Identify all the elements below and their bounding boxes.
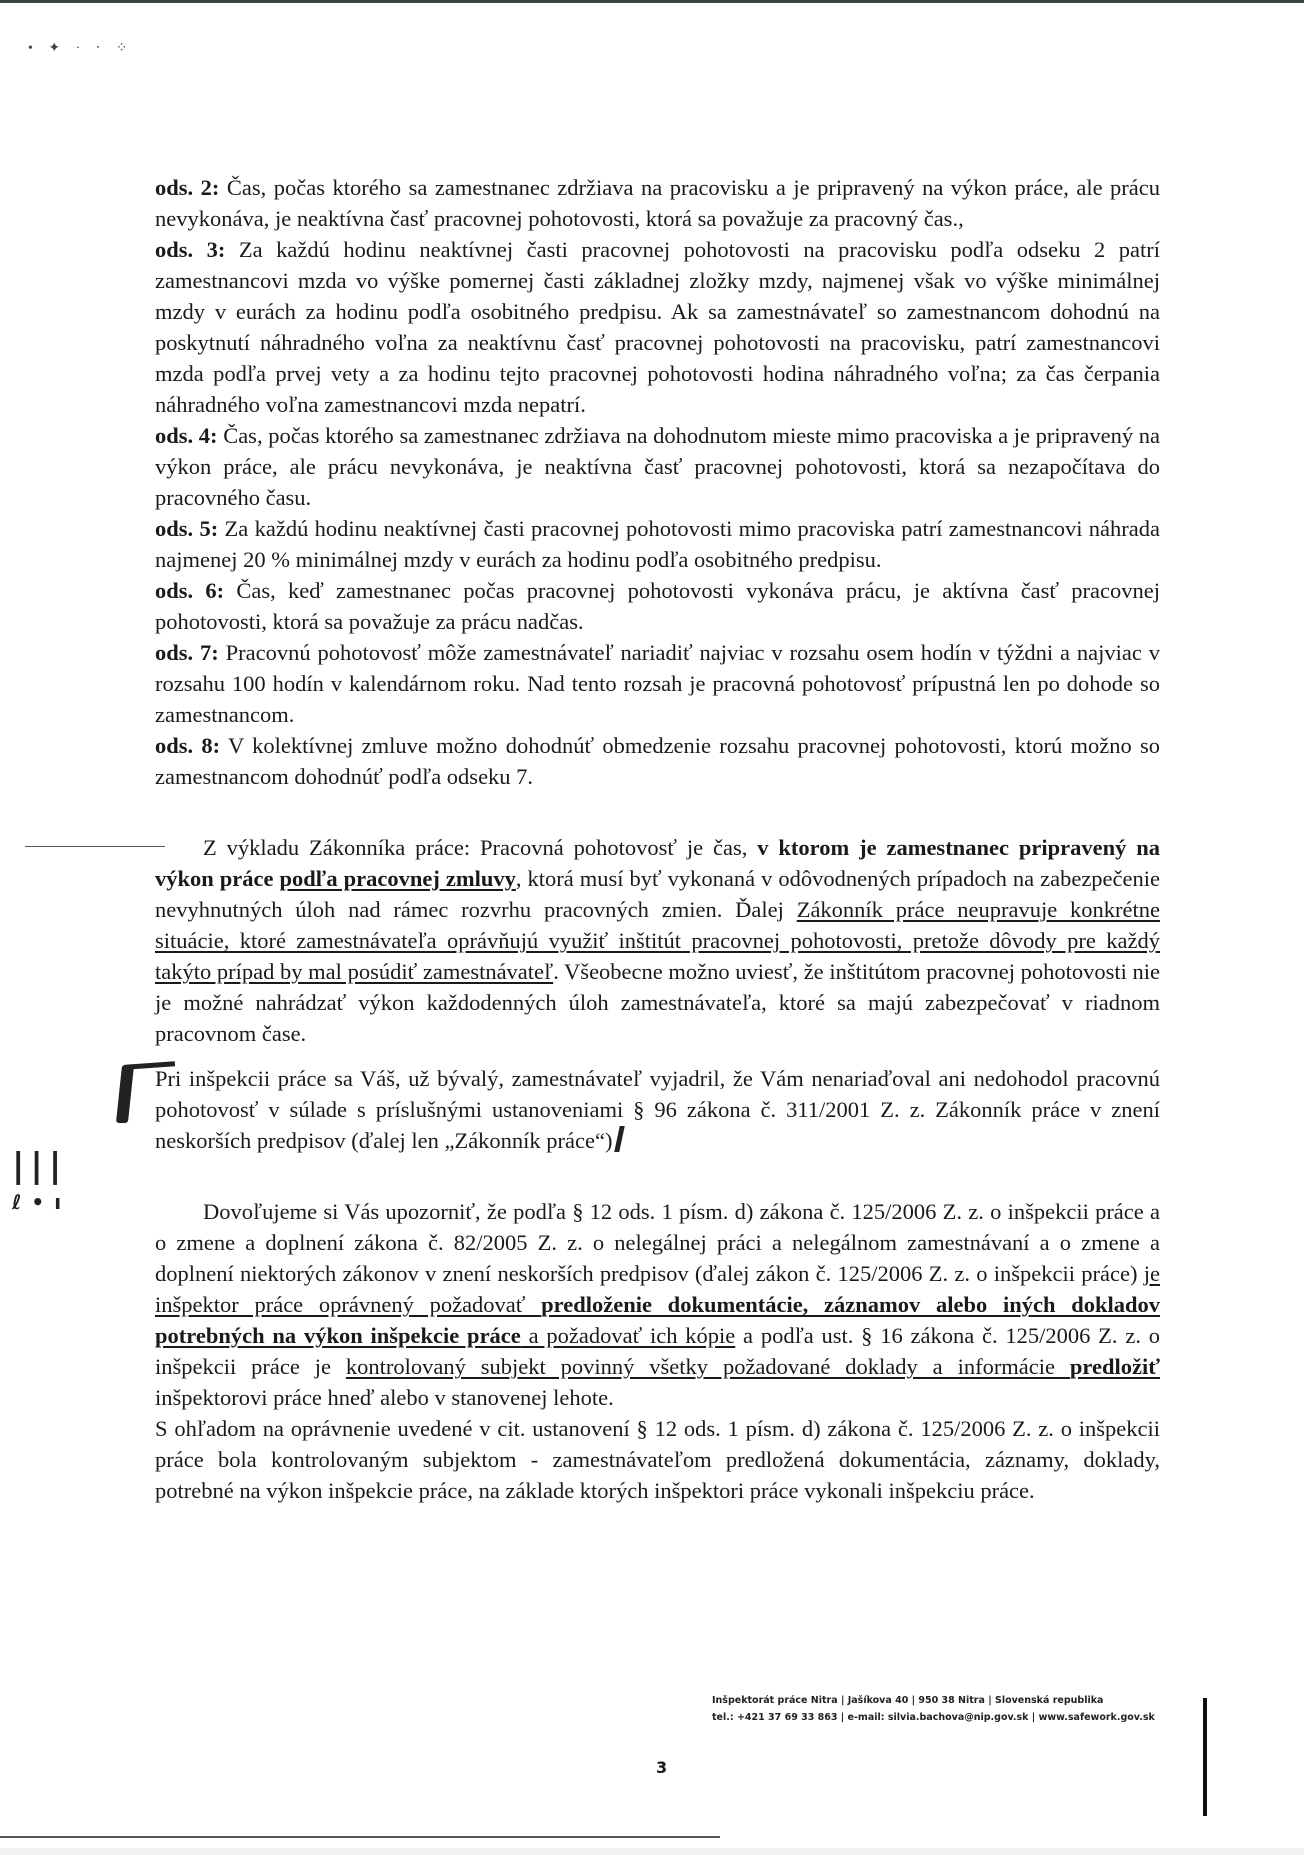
ods-text: V kolektívnej zmluve možno dohodnúť obme… — [155, 733, 1160, 789]
scan-bottom-rule — [0, 1836, 720, 1838]
ods-text: Čas, keď zamestnanec počas pracovnej poh… — [155, 578, 1160, 634]
upozornenie-underlined: a požadovať ich kópie — [521, 1323, 735, 1348]
handwritten-margin-mark: ||| ℓ•ı — [12, 1148, 71, 1220]
handwritten-tally: ||| — [12, 1146, 67, 1186]
ods-label: ods. 3: — [155, 237, 225, 262]
upozornenie-bold-underlined: predložiť — [1070, 1354, 1160, 1379]
ods-paragraph-7: ods. 7: Pracovnú pohotovosť môže zamestn… — [155, 637, 1160, 730]
handwritten-tally-sub: ℓ•ı — [12, 1184, 71, 1220]
handwritten-close-mark — [614, 1126, 625, 1152]
document-body: ods. 2: Čas, počas ktorého sa zamestnane… — [155, 172, 1160, 1506]
vyklad-text: Z výkladu Zákonníka práce: Pracovná poho… — [203, 835, 757, 860]
ods-text: Čas, počas ktorého sa zamestnanec zdržia… — [155, 423, 1160, 510]
ods-label: ods. 8: — [155, 733, 220, 758]
upozornenie-paragraph: Dovoľujeme si Vás upozorniť, že podľa § … — [155, 1196, 1160, 1413]
handwritten-dash-line — [25, 846, 165, 847]
vyklad-bold-underlined: podľa pracovnej zmluvy — [280, 866, 516, 891]
upozornenie-underlined: kontrolovaný subjekt povinný všetky poža… — [346, 1354, 1070, 1379]
ods-text: Čas, počas ktorého sa zamestnanec zdržia… — [155, 175, 1160, 231]
zaver-paragraph: S ohľadom na oprávnenie uvedené v cit. u… — [155, 1413, 1160, 1506]
ods-paragraph-4: ods. 4: Čas, počas ktorého sa zamestnane… — [155, 420, 1160, 513]
inspekcia-paragraph: Pri inšpekcii práce sa Váš, už bývalý, z… — [155, 1063, 1160, 1156]
ods-text: Za každú hodinu neaktívnej časti pracovn… — [155, 516, 1160, 572]
footer-contact: tel.: +421 37 69 33 863 | e-mail: silvia… — [712, 1709, 1192, 1726]
ods-text: Za každú hodinu neaktívnej časti pracovn… — [155, 237, 1160, 417]
vyklad-paragraph: Z výkladu Zákonníka práce: Pracovná poho… — [155, 832, 1160, 1049]
scan-top-edge — [0, 0, 1304, 3]
ods-label: ods. 6: — [155, 578, 224, 603]
ods-paragraph-3: ods. 3: Za každú hodinu neaktívnej časti… — [155, 234, 1160, 420]
ods-label: ods. 4: — [155, 423, 218, 448]
ods-label: ods. 2: — [155, 175, 219, 200]
ods-label: ods. 5: — [155, 516, 218, 541]
upozornenie-text: inšpektorovi práce hneď alebo v stanoven… — [155, 1385, 614, 1410]
footer-address: Inšpektorát práce Nitra | Jašíkova 40 | … — [712, 1692, 1192, 1709]
inspekcia-text: Pri inšpekcii práce sa Váš, už bývalý, z… — [155, 1066, 1160, 1153]
ods-paragraph-5: ods. 5: Za každú hodinu neaktívnej časti… — [155, 513, 1160, 575]
page-number: 3 — [656, 1758, 667, 1777]
scan-bottom-edge — [0, 1848, 1304, 1855]
ods-label: ods. 7: — [155, 640, 219, 665]
letterhead-footer: Inšpektorát práce Nitra | Jašíkova 40 | … — [712, 1692, 1192, 1726]
footer-vertical-rule — [1203, 1698, 1207, 1816]
ods-text: Pracovnú pohotovosť môže zamestnávateľ n… — [155, 640, 1160, 727]
ods-paragraph-6: ods. 6: Čas, keď zamestnanec počas praco… — [155, 575, 1160, 637]
handwritten-bracket — [116, 1065, 134, 1123]
upozornenie-text: Dovoľujeme si Vás upozorniť, že podľa § … — [155, 1199, 1160, 1286]
ods-paragraph-2: ods. 2: Čas, počas ktorého sa zamestnane… — [155, 172, 1160, 234]
ods-paragraph-8: ods. 8: V kolektívnej zmluve možno dohod… — [155, 730, 1160, 792]
scan-artifact-marks: • ✦ · ‧ ⁘ — [28, 40, 133, 57]
section-paragraph-list: ods. 2: Čas, počas ktorého sa zamestnane… — [155, 172, 1160, 792]
